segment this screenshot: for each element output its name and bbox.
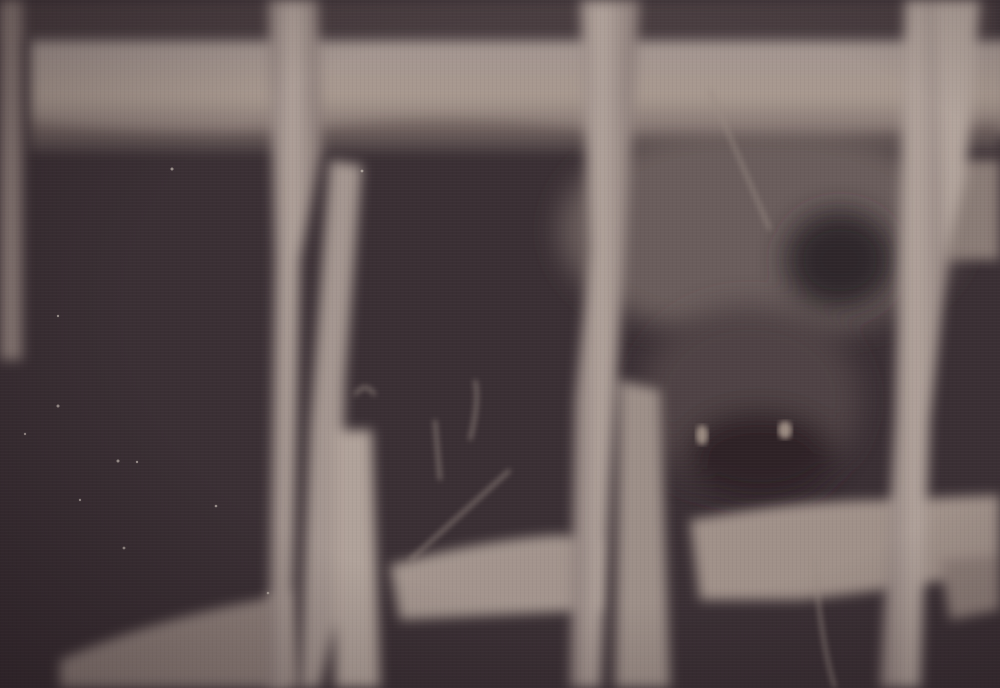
top-rail: [30, 40, 1000, 150]
fence-scene: [0, 0, 1000, 688]
sepia-photograph: [0, 0, 1000, 688]
